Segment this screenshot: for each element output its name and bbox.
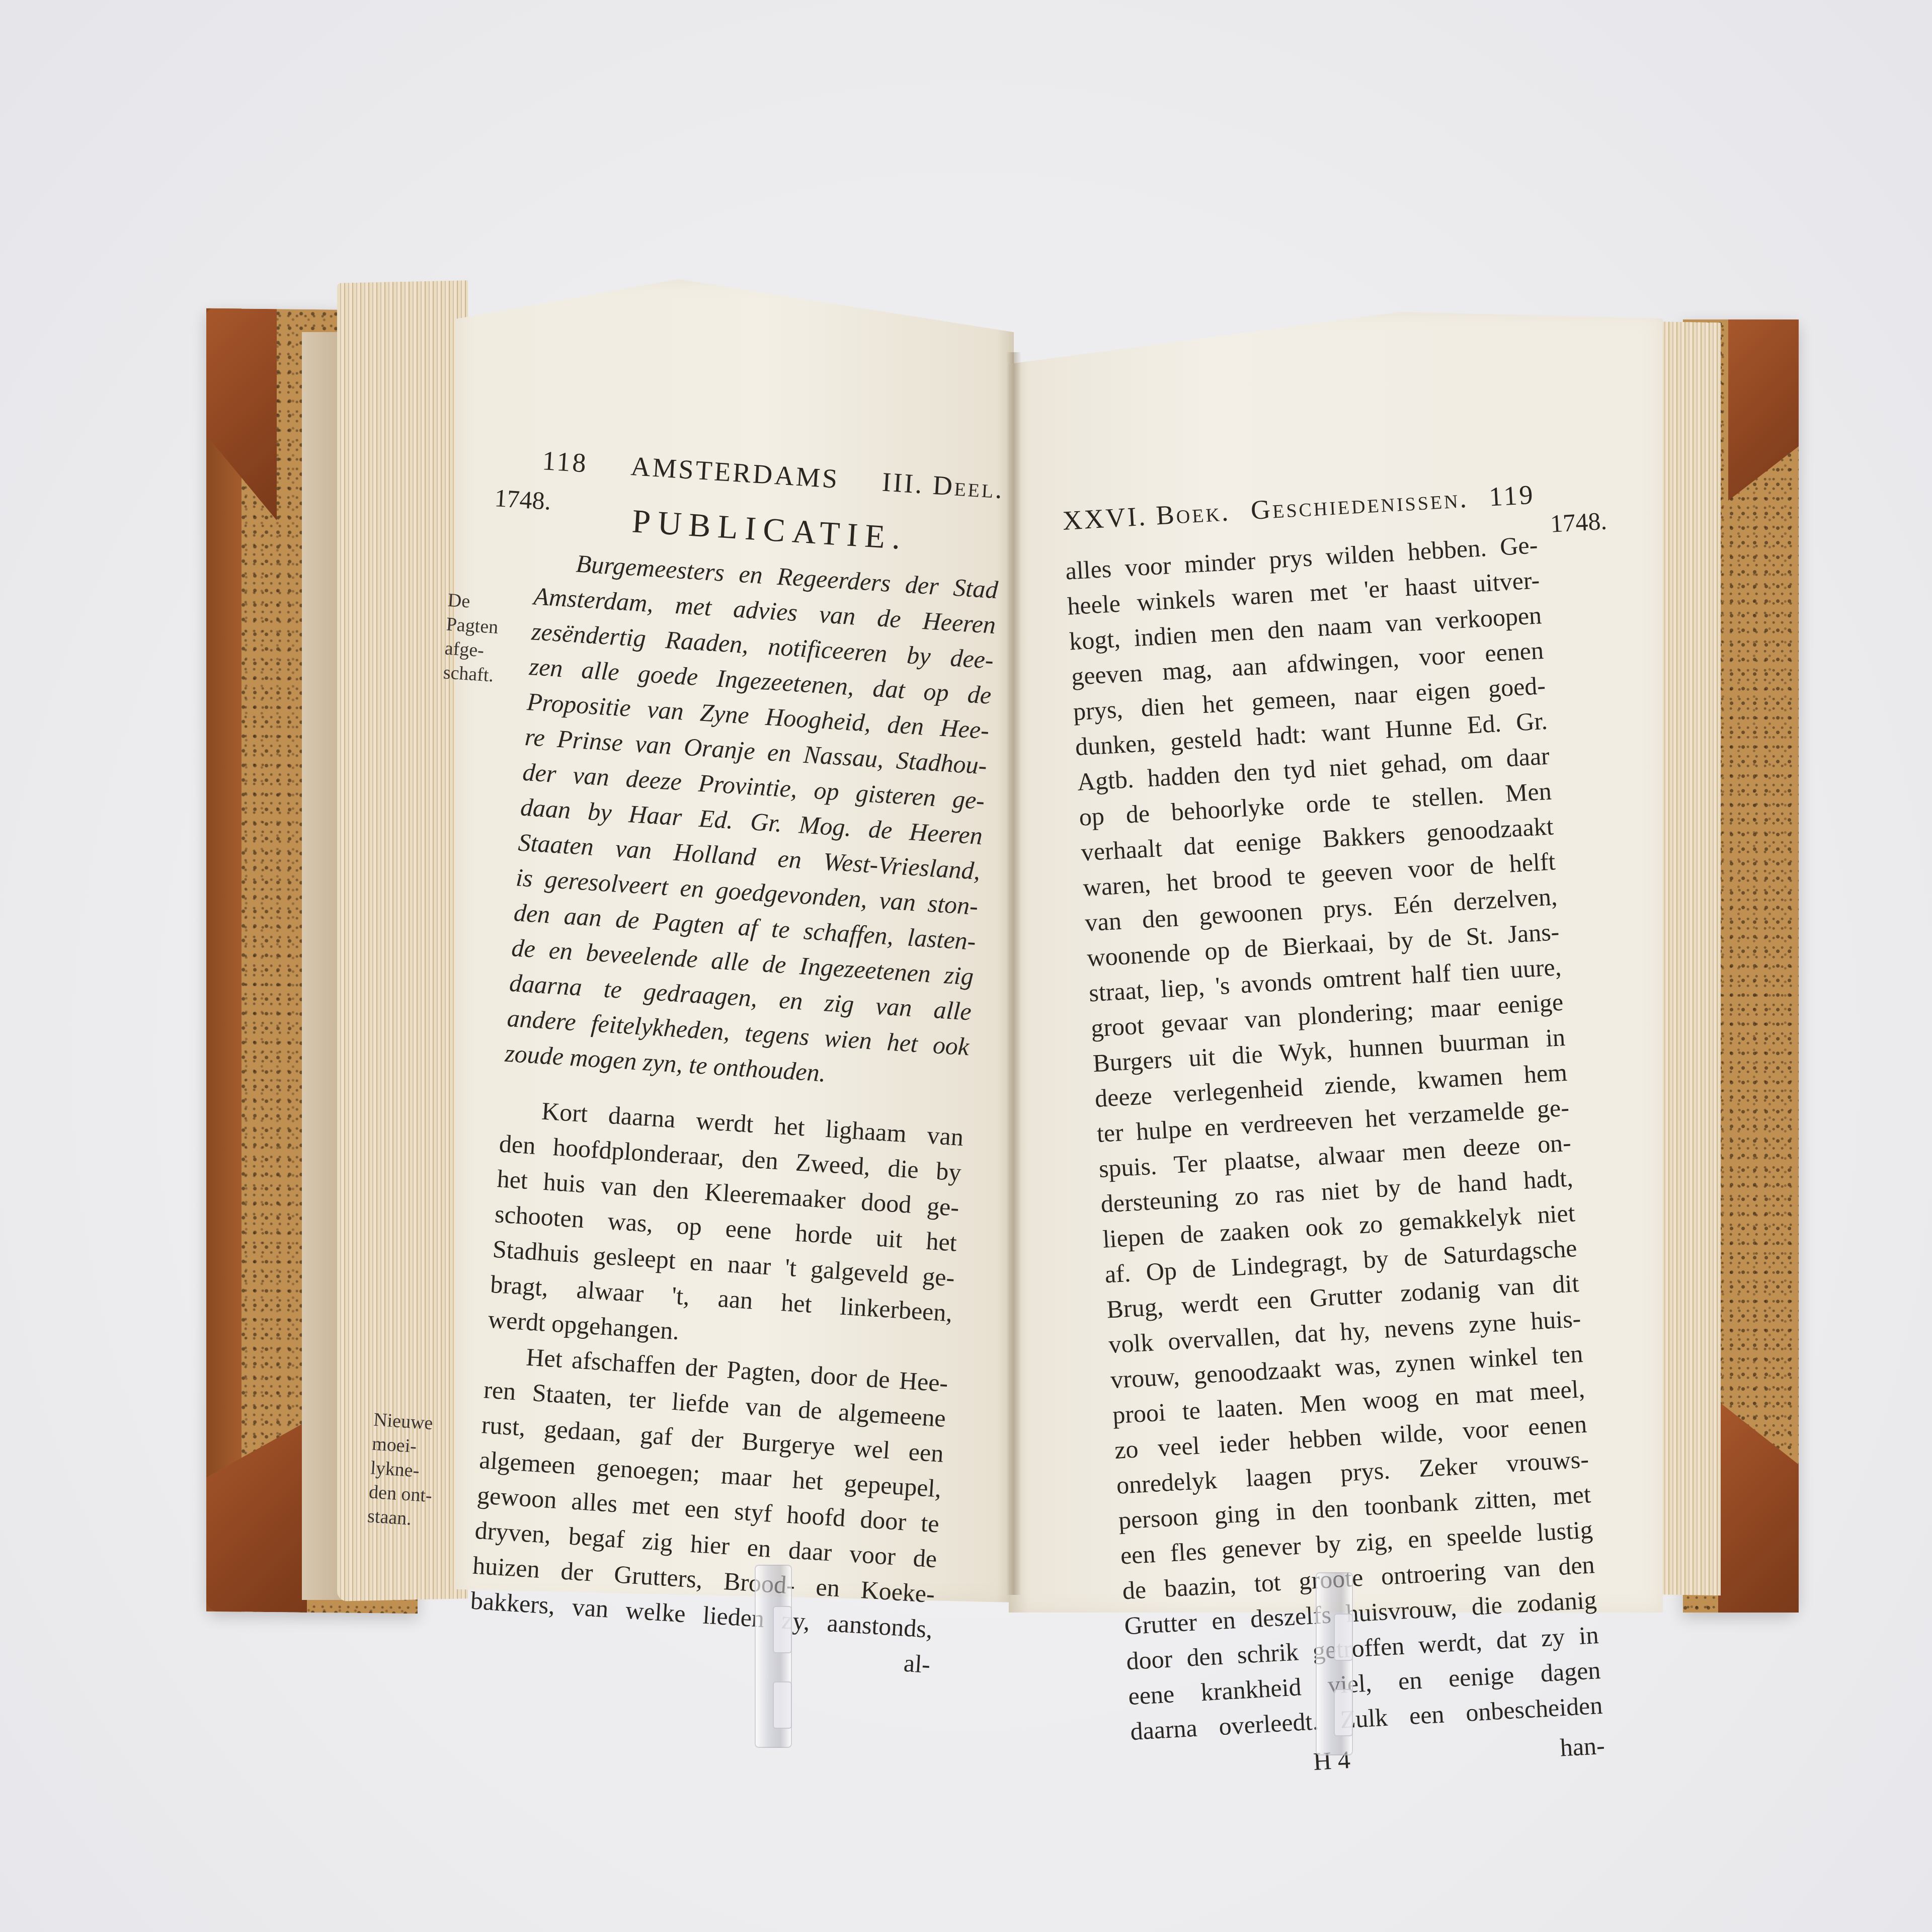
photo-scene: 118 AMSTERDAMS III. Deel. 1748. PUBLICAT… [0, 0, 1932, 1932]
margin-note-line: De [447, 588, 500, 615]
left-page-text: 118 AMSTERDAMS III. Deel. 1748. PUBLICAT… [467, 443, 1006, 1682]
stand-lip [1334, 1689, 1353, 1736]
margin-note-line: moei- [371, 1432, 436, 1460]
right-body: alles voor minder prys wilden hebben. Ge… [1065, 527, 1603, 1749]
margin-note-line: lykne- [370, 1456, 434, 1484]
stand-lip [773, 1606, 792, 1653]
right-catchword: han- [1559, 1728, 1606, 1765]
margin-note-nieuwe: Nieuwe moei- lykne- den ont- staan. [367, 1408, 437, 1532]
stand-lip [1334, 1614, 1353, 1661]
leather-spine-edge [206, 308, 242, 1612]
margin-note-line: Nieuwe [373, 1408, 437, 1436]
leather-corner-bottom-right [1718, 1401, 1799, 1613]
margin-note-line: Pagten [445, 612, 499, 639]
left-page-number: 118 [541, 443, 589, 481]
margin-note-line: afge- [444, 636, 497, 664]
margin-note-pagten: De Pagten afge- schaft. [442, 588, 500, 688]
margin-note-line: schaft. [442, 660, 496, 687]
right-page-number: 119 [1488, 477, 1536, 515]
acrylic-stand-right-arm [1316, 1572, 1353, 1755]
margin-note-line: den ont- [368, 1480, 433, 1508]
page-block-edges-left [337, 280, 468, 1601]
right-year: 1748. [1549, 503, 1607, 541]
stand-lip [773, 1681, 792, 1729]
left-volume: III. Deel. [881, 464, 1005, 507]
paragraph-afschaffen: Het afschaffen der Pagten, door de Hee- … [469, 1336, 949, 1647]
paragraph-kort-daarna: Kort daarna werdt het lighaam van den ho… [487, 1090, 964, 1365]
margin-note-line: staan. [367, 1504, 431, 1532]
left-year: 1748. [494, 480, 552, 519]
publicatie-body: Burgemeesters en Regeerders der Stad Ams… [504, 543, 999, 1100]
leather-corner-top-right [1728, 319, 1799, 501]
book-gutter [1006, 352, 1021, 1595]
acrylic-stand-left-arm [755, 1565, 792, 1748]
